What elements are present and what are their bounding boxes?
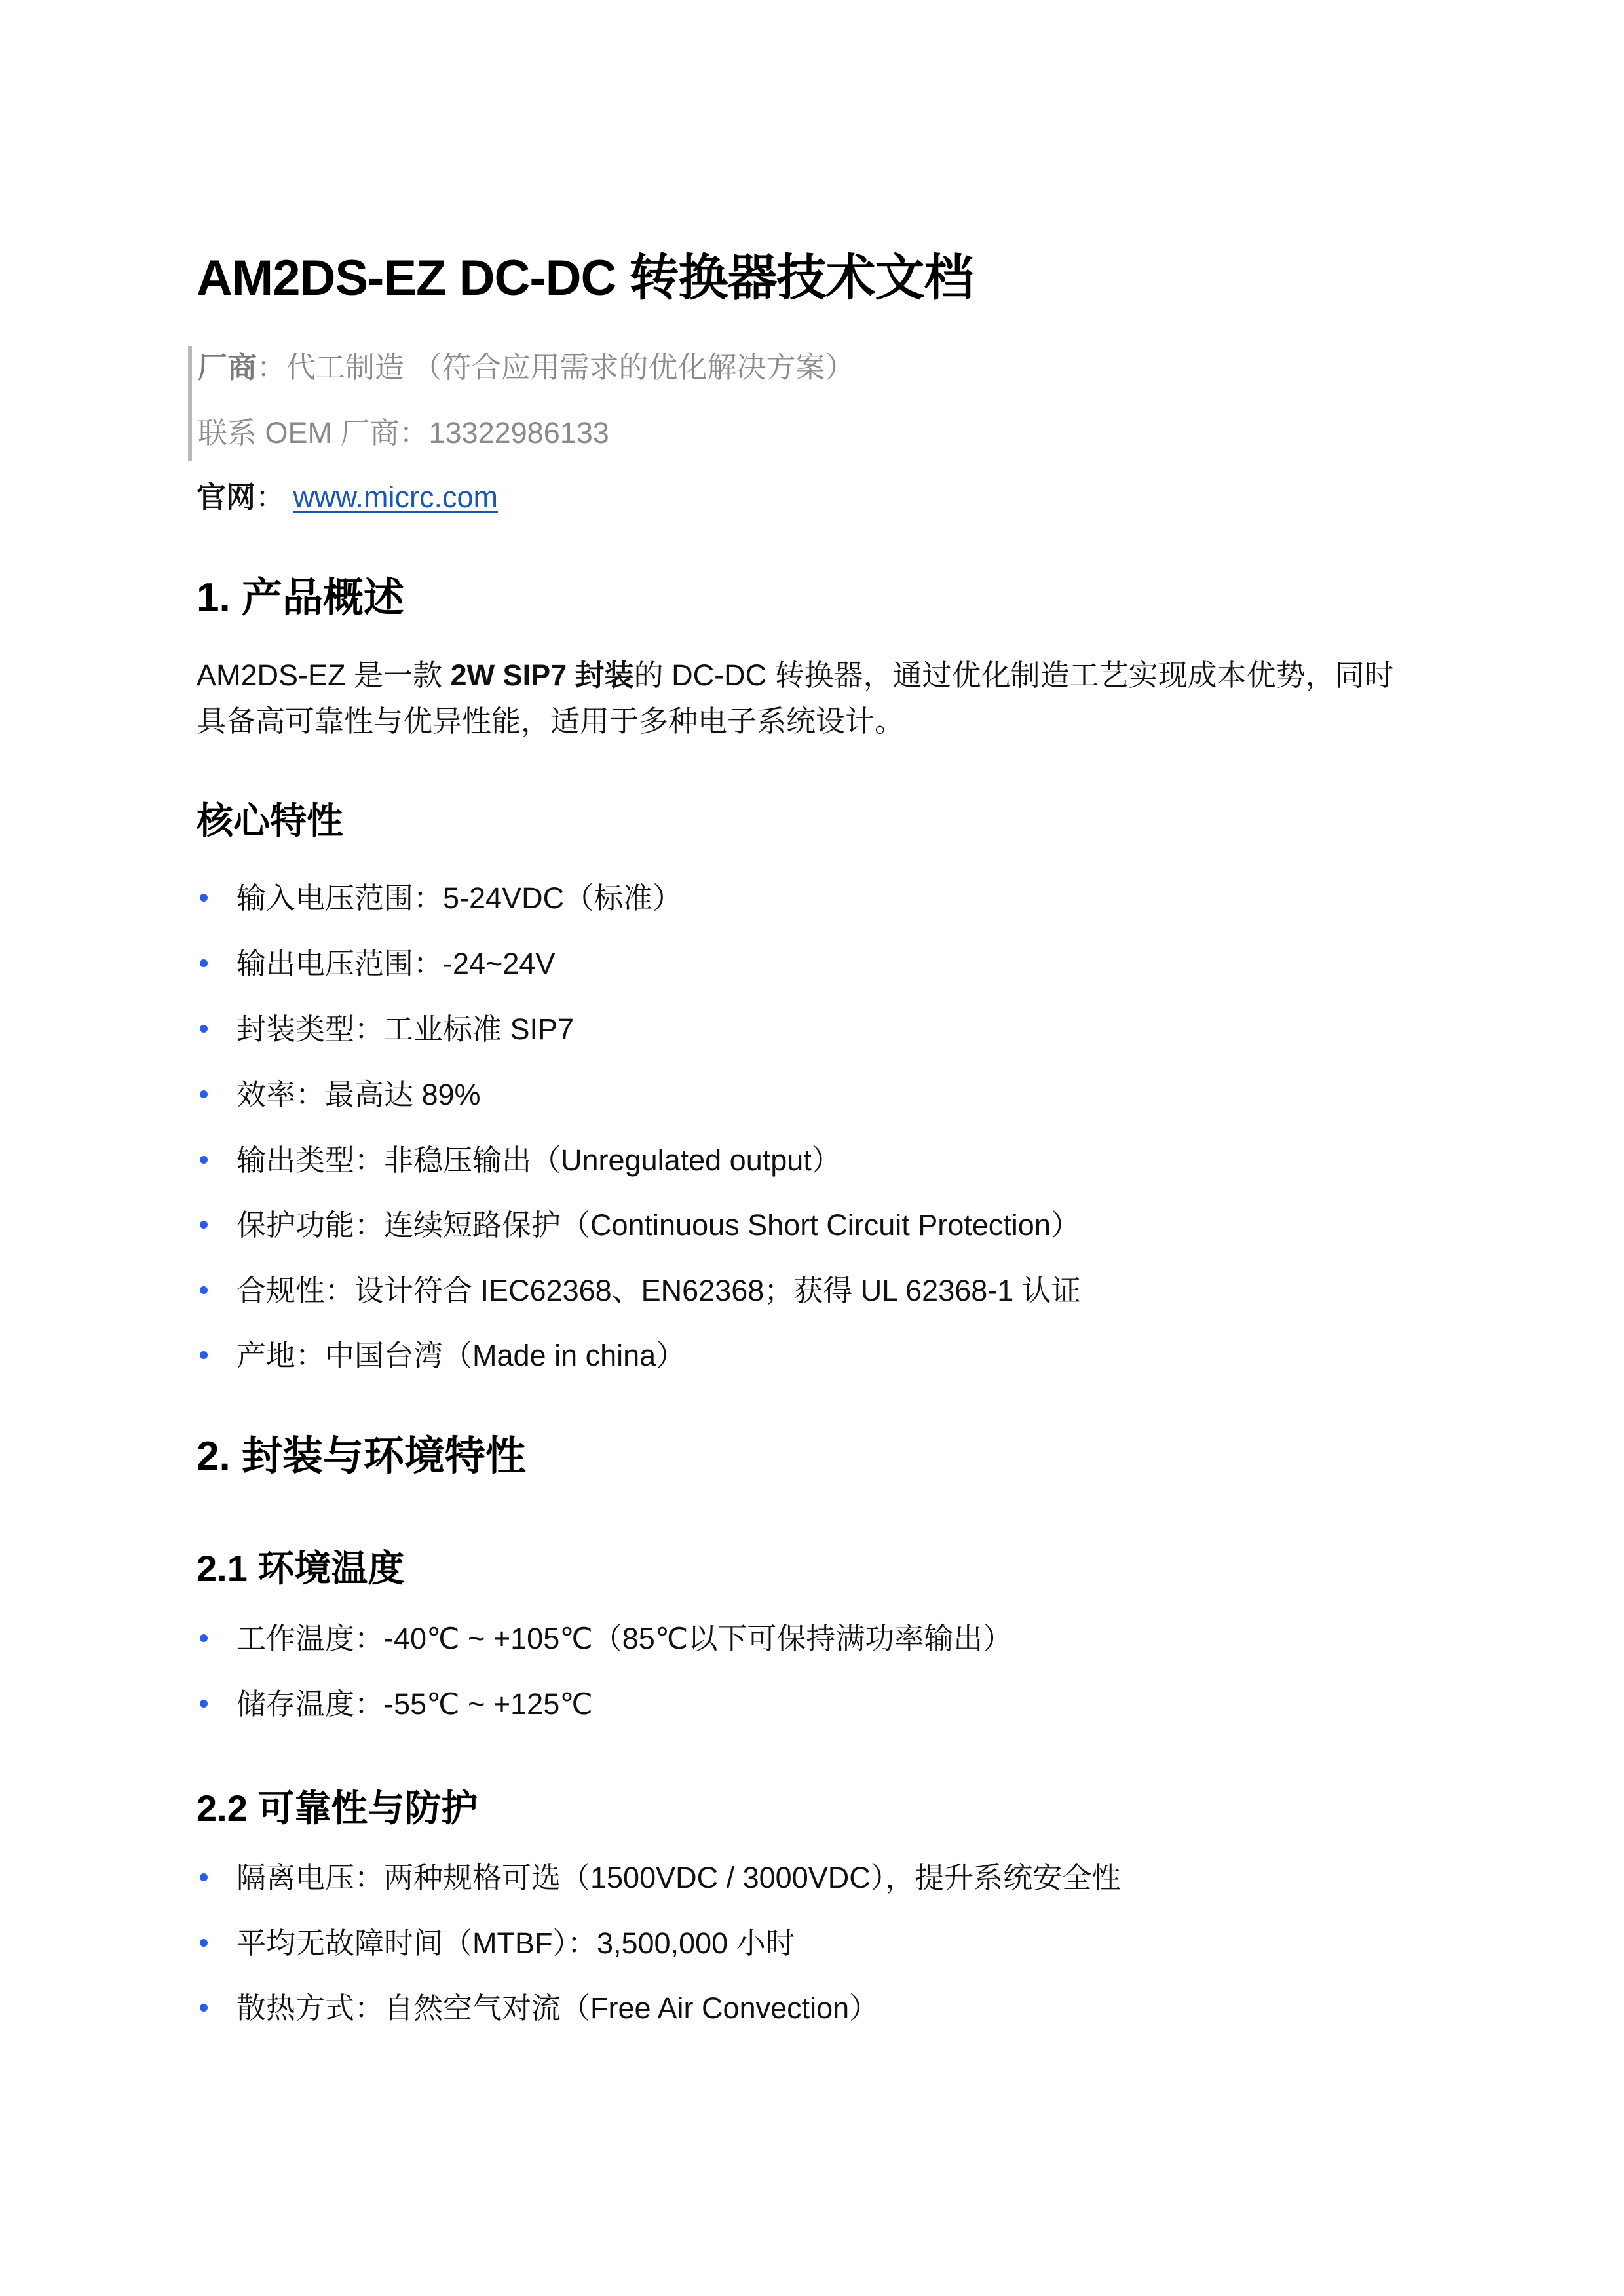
reliability-list-item: 散热方式：自然空气对流（Free Air Convection） xyxy=(197,1993,878,2023)
bullet-icon xyxy=(200,1156,208,1164)
reliability-text: 平均无故障时间（MTBF）：3,500,000 小时 xyxy=(236,1926,795,1960)
bullet-icon xyxy=(200,959,208,967)
temperature-list-item: 储存温度：-55℃ ~ +125℃ xyxy=(197,1689,593,1719)
bullet-icon xyxy=(200,1286,208,1294)
bullet-icon xyxy=(200,1873,208,1881)
vendor-sep: ： xyxy=(257,351,286,384)
overview-paragraph-line-2: 具备高可靠性与优异性能，适用于多种电子系统设计。 xyxy=(197,706,904,736)
reliability-list-item: 隔离电压：两种规格可选（1500VDC / 3000VDC），提升系统安全性 xyxy=(197,1863,1121,1892)
feature-text: 效率：最高达 89% xyxy=(236,1078,481,1111)
vendor-label: 厂商 xyxy=(198,351,257,384)
website-link[interactable]: www.micrc.com xyxy=(293,480,499,514)
bullet-icon xyxy=(200,1700,208,1708)
overview-bold-text: 2W SIP7 封装 xyxy=(451,659,634,692)
website-line: 官网： www.micrc.com xyxy=(197,482,498,512)
feature-text: 保护功能：连续短路保护（Continuous Short Circuit Pro… xyxy=(236,1208,1080,1242)
feature-list-item: 效率：最高达 89% xyxy=(197,1080,481,1109)
feature-text: 封装类型：工业标准 SIP7 xyxy=(236,1012,574,1046)
bullet-icon xyxy=(200,2004,208,2012)
reliability-list-item: 平均无故障时间（MTBF）：3,500,000 小时 xyxy=(197,1928,795,1958)
blockquote-bar xyxy=(188,346,192,461)
website-sep: ： xyxy=(255,480,285,514)
document-page: AM2DS-EZ DC-DC 转换器技术文档 厂商：代工制造 （符合应用需求的优… xyxy=(0,0,1624,2296)
subsection-2-2-heading: 2.2 可靠性与防护 xyxy=(197,1790,478,1827)
feature-text: 输出类型：非稳压输出（Unregulated output） xyxy=(236,1143,841,1177)
feature-list-item: 保护功能：连续短路保护（Continuous Short Circuit Pro… xyxy=(197,1210,1080,1240)
document-title: AM2DS-EZ DC-DC 转换器技术文档 xyxy=(197,254,973,303)
feature-text: 输入电压范围：5-24VDC（标准） xyxy=(236,881,682,915)
feature-text: 产地：中国台湾（Made in china） xyxy=(236,1339,685,1372)
bullet-icon xyxy=(200,1221,208,1229)
temperature-list-item: 工作温度：-40℃ ~ +105℃（85℃以下可保持满功率输出） xyxy=(197,1624,1012,1653)
subsection-2-1-heading: 2.1 环境温度 xyxy=(197,1550,404,1587)
feature-list-item: 输出类型：非稳压输出（Unregulated output） xyxy=(197,1145,841,1175)
bullet-icon xyxy=(200,1025,208,1033)
feature-list-item: 封装类型：工业标准 SIP7 xyxy=(197,1014,574,1044)
oem-contact-line: 联系 OEM 厂商：13322986133 xyxy=(198,418,609,448)
reliability-text: 散热方式：自然空气对流（Free Air Convection） xyxy=(236,1991,878,2025)
bullet-icon xyxy=(200,1351,208,1359)
overview-text: 的 DC-DC 转换器，通过优化制造工艺实现成本优势，同时 xyxy=(634,659,1394,692)
feature-text: 合规性：设计符合 IEC62368、EN62368；获得 UL 62368-1 … xyxy=(236,1274,1081,1307)
bullet-icon xyxy=(200,1090,208,1098)
overview-text: AM2DS-EZ 是一款 xyxy=(197,659,451,692)
feature-list-item: 产地：中国台湾（Made in china） xyxy=(197,1341,685,1370)
section-1-heading: 1. 产品概述 xyxy=(197,578,404,619)
core-features-heading: 核心特性 xyxy=(197,803,343,839)
bullet-icon xyxy=(200,1634,208,1642)
website-label: 官网 xyxy=(197,480,255,514)
vendor-line: 厂商：代工制造 （符合应用需求的优化解决方案） xyxy=(198,353,855,382)
feature-list-item: 输入电压范围：5-24VDC（标准） xyxy=(197,883,682,913)
temperature-text: 储存温度：-55℃ ~ +125℃ xyxy=(236,1687,593,1721)
overview-paragraph-line-1: AM2DS-EZ 是一款 2W SIP7 封装的 DC-DC 转换器，通过优化制… xyxy=(197,660,1394,690)
temperature-text: 工作温度：-40℃ ~ +105℃（85℃以下可保持满功率输出） xyxy=(236,1622,1012,1655)
bullet-icon xyxy=(200,894,208,902)
vendor-value: 代工制造 （符合应用需求的优化解决方案） xyxy=(286,351,855,384)
feature-list-item: 合规性：设计符合 IEC62368、EN62368；获得 UL 62368-1 … xyxy=(197,1276,1081,1305)
feature-text: 输出电压范围：-24~24V xyxy=(236,947,555,980)
feature-list-item: 输出电压范围：-24~24V xyxy=(197,949,555,978)
section-2-heading: 2. 封装与环境特性 xyxy=(197,1436,526,1477)
reliability-text: 隔离电压：两种规格可选（1500VDC / 3000VDC），提升系统安全性 xyxy=(236,1861,1121,1894)
bullet-icon xyxy=(200,1939,208,1947)
